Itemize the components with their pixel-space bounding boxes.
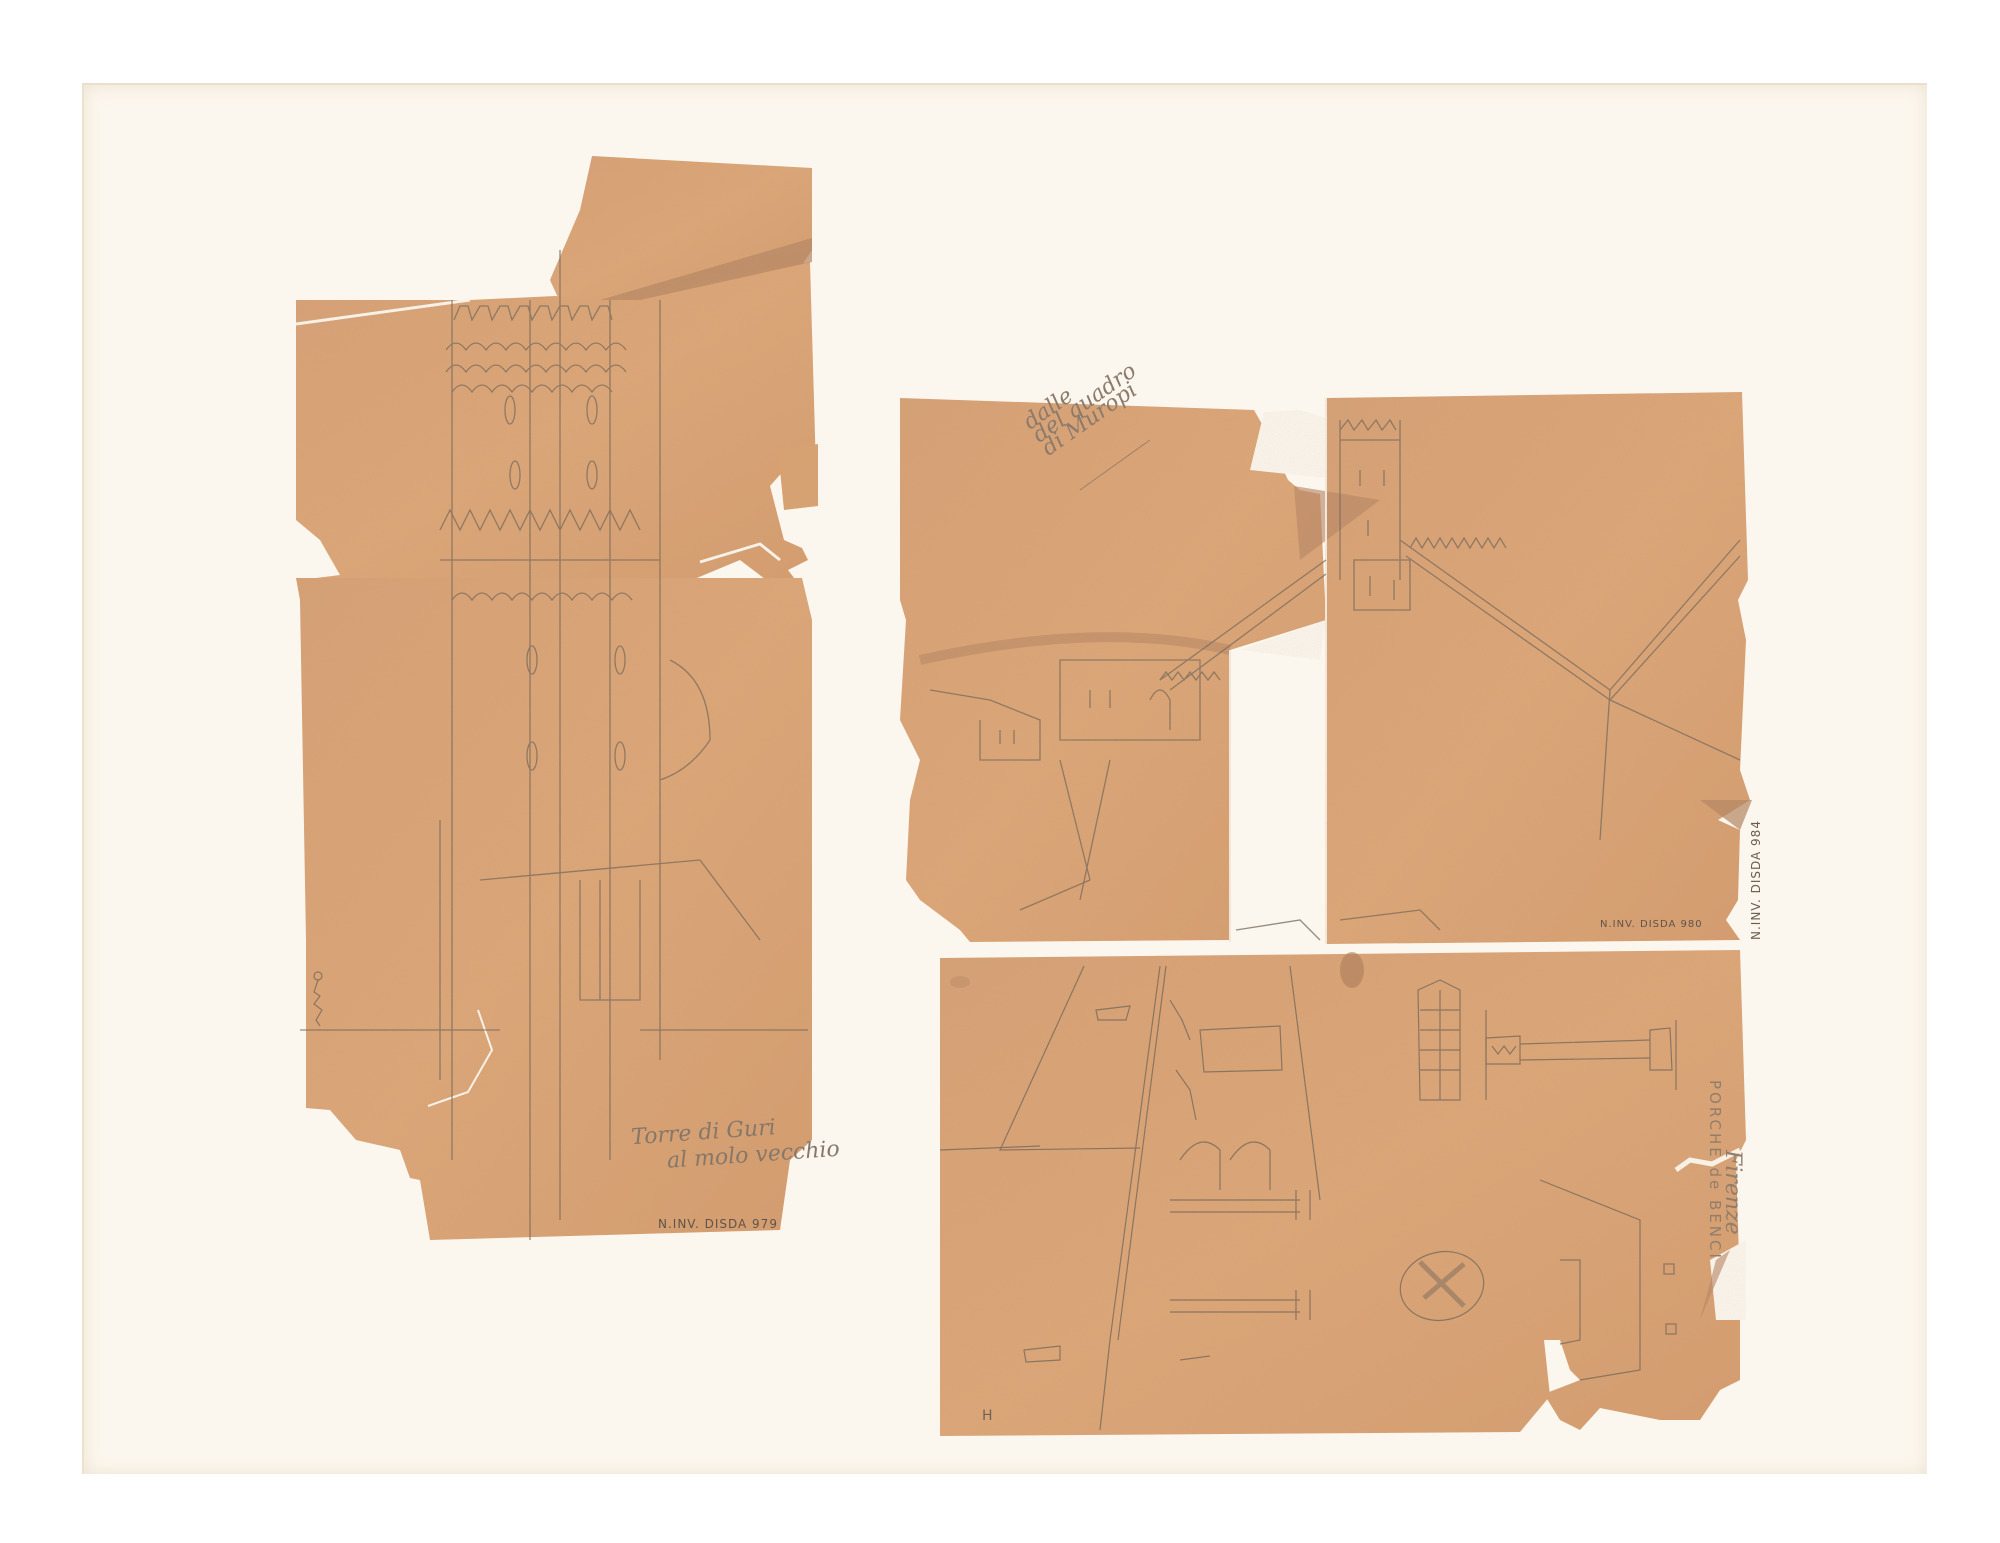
inventory-980: N.INV. DISDA 980 [1600,919,1703,930]
inventory-984: N.INV. DISDA 984 [1749,820,1763,940]
sketch-sheet: dalle del quadro di Muropi [0,0,2000,1543]
portico-rotated-sublabel: Firenze [1720,1149,1745,1235]
sketch-left-tower [296,156,818,1240]
paper-fragment-left [900,398,1326,942]
paper-fragment-portico [940,950,1746,1436]
inventory-979: N.INV. DISDA 979 [658,1217,778,1231]
corner-mark: H [982,1408,993,1424]
paper-fragment-main [296,262,816,592]
paper-fragment-right [1326,392,1750,944]
sketch-upper-right-walls: dalle del quadro di Muropi [900,341,1752,944]
paper-patch [778,444,818,510]
